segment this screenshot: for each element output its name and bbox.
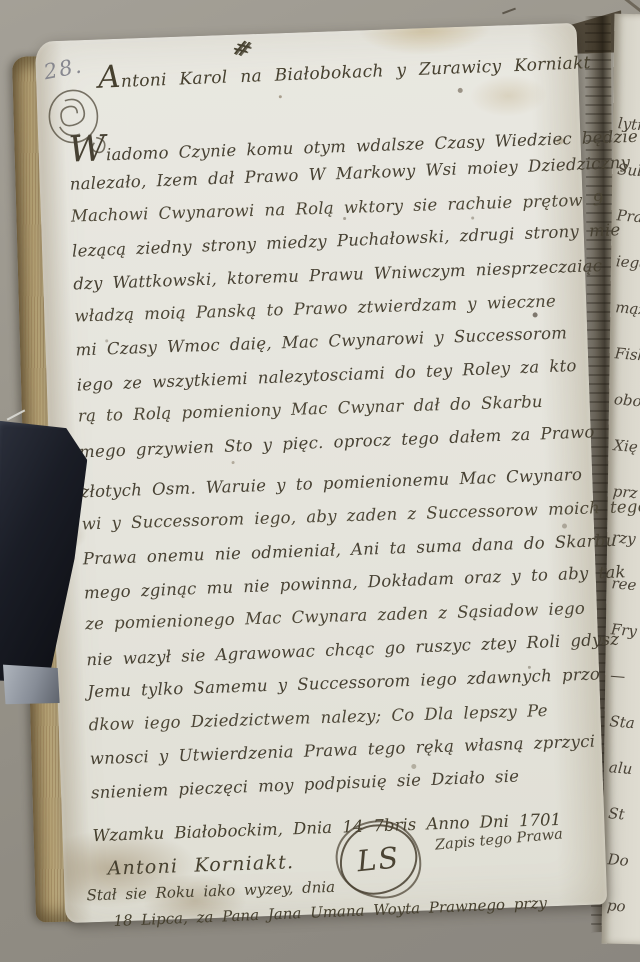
entry-heading: Antoni Karol na Białobokach y Zurawicy K… — [98, 50, 574, 93]
facing-page-text-fragment: alu — [602, 744, 640, 793]
locus-sigilli-seal: LS — [336, 820, 421, 898]
manuscript-body: Wiadomo Czynie komu otym wdalsze Czasy W… — [68, 123, 599, 816]
signature: Antoni Korniakt. — [107, 851, 294, 879]
facing-page-text-fragment: — — [603, 652, 640, 701]
manuscript-page: 28. # Antoni Karol na Białobokach y Zura… — [35, 23, 607, 923]
facing-page-text-fragment: Xię — [607, 422, 640, 471]
seal-text: LS — [355, 840, 401, 878]
facing-page-text-fragment: Fisk — [608, 330, 640, 379]
hash-mark: # — [228, 35, 256, 61]
facing-page-text-fragment: St — [601, 790, 640, 839]
foxing-specks — [35, 42, 38, 45]
postscript-line: Stał sie Roku iako wyzey, dnia — [86, 878, 335, 905]
photo: lytnaSubPrawiegomązFiskoboXięprzrzyreeFr… — [0, 0, 640, 962]
facing-page-text-fragment: iego — [609, 238, 640, 287]
facing-page-text-fragment: mąz — [608, 284, 640, 333]
facing-page-text-fragment: Do — [601, 836, 640, 885]
facing-page-text-fragment: Sta — [603, 698, 640, 747]
page-number: 28. — [42, 53, 85, 84]
twig-debris — [502, 8, 516, 15]
facing-page-text-fragment: obo — [607, 376, 640, 425]
